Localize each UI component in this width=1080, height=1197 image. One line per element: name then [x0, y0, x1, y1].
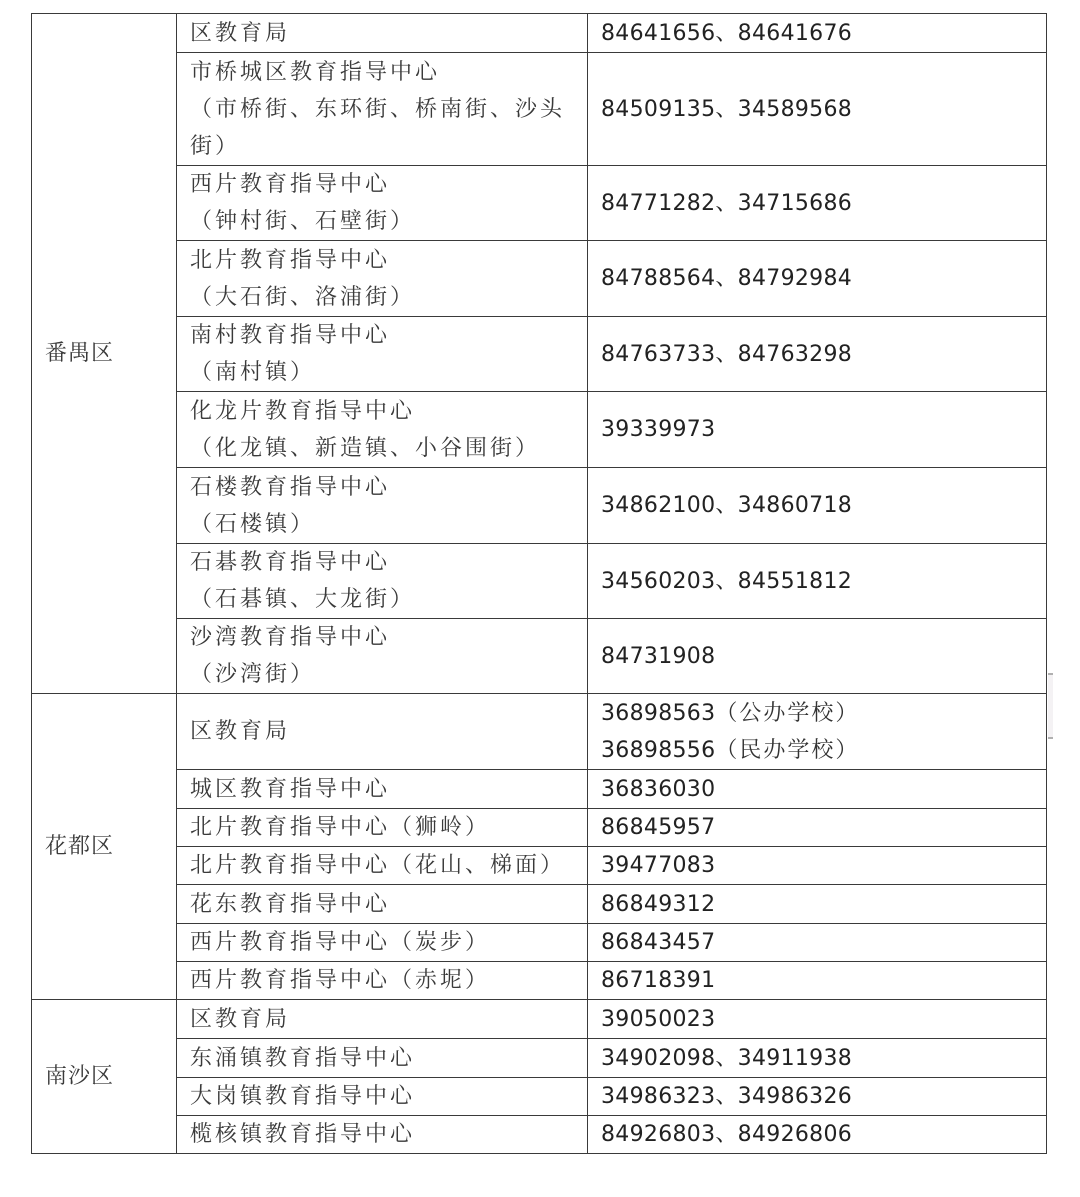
phone-number: 84788564、84792984 [601, 260, 1046, 297]
phone-number: 86843457 [601, 924, 1046, 961]
phone-cell: 86845957 [588, 809, 1047, 847]
phone-cell: 39050023 [588, 1000, 1047, 1039]
contact-table: 番禺区区教育局84641656、84641676市桥城区教育指导中心（市桥街、东… [31, 13, 1047, 1154]
unit-name-cell: 区教育局 [177, 694, 588, 770]
unit-name: 城区教育指导中心 [190, 771, 581, 808]
phone-number-value: 36898556 [601, 738, 715, 763]
unit-name-cell: 大岗镇教育指导中心 [177, 1078, 588, 1116]
phone-number: 39050023 [601, 1001, 1046, 1038]
unit-coverage: （石楼镇） [190, 506, 581, 543]
unit-name: 区教育局 [190, 1001, 581, 1038]
phone-number: 84641656、84641676 [601, 15, 1046, 52]
unit-name-cell: 石碁教育指导中心（石碁镇、大龙街） [177, 544, 588, 619]
phone-cell: 84926803、84926806 [588, 1116, 1047, 1154]
phone-cell: 86843457 [588, 924, 1047, 962]
unit-name: 东涌镇教育指导中心 [190, 1040, 581, 1077]
phone-number: 34902098、34911938 [601, 1040, 1046, 1077]
unit-coverage: （石碁镇、大龙街） [190, 581, 581, 618]
phone-number: 84509135、34589568 [601, 91, 1046, 128]
phone-cell: 34560203、84551812 [588, 544, 1047, 619]
scrollbar-thumb[interactable] [1048, 673, 1053, 739]
phone-number: 39339973 [601, 411, 1046, 448]
unit-name: 北片教育指导中心 [190, 242, 581, 279]
unit-name-cell: 西片教育指导中心（赤坭） [177, 962, 588, 1000]
table-row: 大岗镇教育指导中心34986323、34986326 [32, 1078, 1047, 1116]
unit-coverage: （市桥街、东环街、桥南街、沙头 [190, 91, 581, 128]
table-row: 北片教育指导中心（花山、梯面）39477083 [32, 847, 1047, 885]
unit-coverage: （大石街、洛浦街） [190, 279, 581, 316]
table-row: 化龙片教育指导中心（化龙镇、新造镇、小谷围街）39339973 [32, 392, 1047, 468]
table-row: 南村教育指导中心（南村镇）84763733、84763298 [32, 317, 1047, 392]
unit-name: 石楼教育指导中心 [190, 469, 581, 506]
phone-number: 36898556（民办学校） [601, 732, 1046, 769]
phone-number: 34986323、34986326 [601, 1078, 1046, 1115]
unit-name: 市桥城区教育指导中心 [190, 54, 581, 91]
unit-name: 北片教育指导中心（狮岭） [190, 809, 581, 846]
unit-coverage: （化龙镇、新造镇、小谷围街） [190, 430, 581, 467]
phone-cell: 84731908 [588, 619, 1047, 694]
unit-name: 沙湾教育指导中心 [190, 619, 581, 656]
phone-number: 86849312 [601, 886, 1046, 923]
unit-name: 区教育局 [190, 713, 581, 750]
table-row: 石楼教育指导中心（石楼镇）34862100、34860718 [32, 468, 1047, 544]
unit-name: 西片教育指导中心（炭步） [190, 924, 581, 961]
phone-number: 34862100、34860718 [601, 487, 1046, 524]
table-row: 西片教育指导中心（赤坭）86718391 [32, 962, 1047, 1000]
unit-coverage: 街） [190, 128, 581, 165]
table-row: 番禺区区教育局84641656、84641676 [32, 14, 1047, 53]
phone-number-value: 36898563 [601, 701, 715, 726]
table-row: 东涌镇教育指导中心34902098、34911938 [32, 1039, 1047, 1078]
phone-number: 84926803、84926806 [601, 1116, 1046, 1153]
unit-name-cell: 沙湾教育指导中心（沙湾街） [177, 619, 588, 694]
table-row: 北片教育指导中心（大石街、洛浦街）84788564、84792984 [32, 241, 1047, 317]
unit-name: 区教育局 [190, 15, 581, 52]
unit-name-cell: 西片教育指导中心（炭步） [177, 924, 588, 962]
table-row: 花东教育指导中心86849312 [32, 885, 1047, 924]
phone-number: 39477083 [601, 847, 1046, 884]
unit-name-cell: 北片教育指导中心（狮岭） [177, 809, 588, 847]
phone-number: 34560203、84551812 [601, 563, 1046, 600]
unit-name: 西片教育指导中心 [190, 166, 581, 203]
unit-name-cell: 区教育局 [177, 14, 588, 53]
phone-number: 84763733、84763298 [601, 336, 1046, 373]
unit-name-cell: 榄核镇教育指导中心 [177, 1116, 588, 1154]
phone-cell: 39339973 [588, 392, 1047, 468]
phone-cell: 34986323、34986326 [588, 1078, 1047, 1116]
phone-note: （公办学校） [715, 701, 859, 726]
table-row: 石碁教育指导中心（石碁镇、大龙街）34560203、84551812 [32, 544, 1047, 619]
phone-cell: 86849312 [588, 885, 1047, 924]
table-row: 城区教育指导中心36836030 [32, 770, 1047, 809]
phone-number: 36836030 [601, 771, 1046, 808]
unit-name: 大岗镇教育指导中心 [190, 1078, 581, 1115]
phone-cell: 36836030 [588, 770, 1047, 809]
phone-cell: 84788564、84792984 [588, 241, 1047, 317]
unit-name-cell: 花东教育指导中心 [177, 885, 588, 924]
phone-cell: 84641656、84641676 [588, 14, 1047, 53]
district-name-cell: 花都区 [32, 694, 177, 1000]
unit-name: 北片教育指导中心（花山、梯面） [190, 847, 581, 884]
table-row: 市桥城区教育指导中心（市桥街、东环街、桥南街、沙头街）84509135、3458… [32, 53, 1047, 166]
district-name-cell: 南沙区 [32, 1000, 177, 1154]
phone-note: （民办学校） [715, 738, 859, 763]
table-row: 沙湾教育指导中心（沙湾街）84731908 [32, 619, 1047, 694]
contact-table-body: 番禺区区教育局84641656、84641676市桥城区教育指导中心（市桥街、东… [32, 14, 1047, 1154]
phone-cell: 34862100、34860718 [588, 468, 1047, 544]
unit-name: 西片教育指导中心（赤坭） [190, 962, 581, 999]
unit-coverage: （南村镇） [190, 354, 581, 391]
unit-coverage: （沙湾街） [190, 656, 581, 693]
phone-cell: 86718391 [588, 962, 1047, 1000]
phone-number: 86718391 [601, 962, 1046, 999]
table-row: 西片教育指导中心（钟村街、石壁街）84771282、34715686 [32, 166, 1047, 241]
unit-name-cell: 北片教育指导中心（花山、梯面） [177, 847, 588, 885]
table-row: 花都区区教育局36898563（公办学校）36898556（民办学校） [32, 694, 1047, 770]
table-row: 西片教育指导中心（炭步）86843457 [32, 924, 1047, 962]
unit-name-cell: 化龙片教育指导中心（化龙镇、新造镇、小谷围街） [177, 392, 588, 468]
table-row: 榄核镇教育指导中心84926803、84926806 [32, 1116, 1047, 1154]
phone-number: 36898563（公办学校） [601, 695, 1046, 732]
unit-name: 榄核镇教育指导中心 [190, 1116, 581, 1153]
table-row: 南沙区区教育局39050023 [32, 1000, 1047, 1039]
unit-name-cell: 南村教育指导中心（南村镇） [177, 317, 588, 392]
phone-cell: 84763733、84763298 [588, 317, 1047, 392]
phone-number: 86845957 [601, 809, 1046, 846]
unit-name-cell: 西片教育指导中心（钟村街、石壁街） [177, 166, 588, 241]
unit-name-cell: 东涌镇教育指导中心 [177, 1039, 588, 1078]
unit-coverage: （钟村街、石壁街） [190, 203, 581, 240]
unit-name-cell: 石楼教育指导中心（石楼镇） [177, 468, 588, 544]
phone-cell: 84509135、34589568 [588, 53, 1047, 166]
unit-name: 南村教育指导中心 [190, 317, 581, 354]
unit-name-cell: 北片教育指导中心（大石街、洛浦街） [177, 241, 588, 317]
unit-name: 化龙片教育指导中心 [190, 393, 581, 430]
unit-name-cell: 区教育局 [177, 1000, 588, 1039]
unit-name-cell: 城区教育指导中心 [177, 770, 588, 809]
phone-cell: 84771282、34715686 [588, 166, 1047, 241]
phone-cell: 34902098、34911938 [588, 1039, 1047, 1078]
district-name-cell: 番禺区 [32, 14, 177, 694]
phone-cell: 36898563（公办学校）36898556（民办学校） [588, 694, 1047, 770]
phone-number: 84771282、34715686 [601, 185, 1046, 222]
phone-number: 84731908 [601, 638, 1046, 675]
unit-name: 花东教育指导中心 [190, 886, 581, 923]
phone-cell: 39477083 [588, 847, 1047, 885]
unit-name-cell: 市桥城区教育指导中心（市桥街、东环街、桥南街、沙头街） [177, 53, 588, 166]
unit-name: 石碁教育指导中心 [190, 544, 581, 581]
table-row: 北片教育指导中心（狮岭）86845957 [32, 809, 1047, 847]
